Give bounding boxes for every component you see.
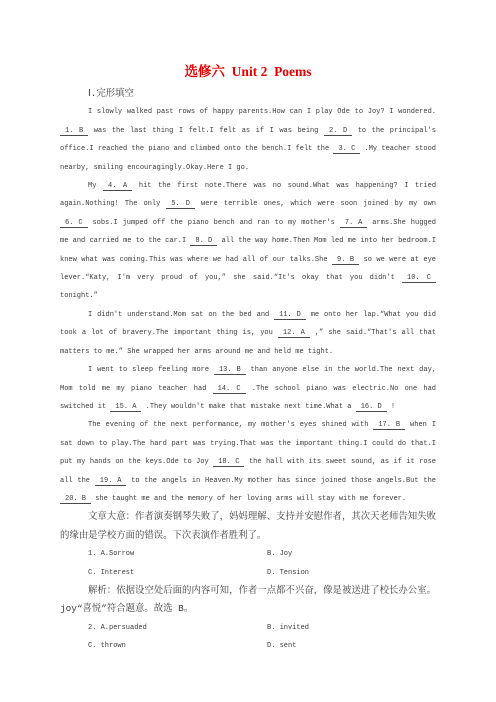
option-c: C. Interest <box>88 564 267 582</box>
answer-blank: 17. B <box>373 421 405 430</box>
answer-blank: 13. B <box>214 366 246 375</box>
answer-blank: 10. C <box>402 274 436 283</box>
option-d: D. Tension <box>267 564 436 582</box>
answer-blank: 16. D <box>356 403 387 412</box>
question-block-2: 2. A.persuaded B. invited C. thrown D. s… <box>60 619 436 656</box>
answer-blank: 3. C <box>333 145 360 154</box>
answer-blank: 11. D <box>274 311 306 320</box>
section-heading: Ⅰ.完形填空 <box>60 85 436 103</box>
answer-blank: 2. D <box>324 127 352 136</box>
document-content: 选修六 Unit 2 Poems Ⅰ.完形填空 I slowly walked … <box>60 62 436 656</box>
question-block-1: 1. A.Sorrow B. Joy C. Interest D. Tensio… <box>60 545 436 619</box>
passage-paragraph: The evening of the next performance, my … <box>60 416 436 508</box>
answer-blank: 18. C <box>213 458 244 467</box>
option-row: 1. A.Sorrow B. Joy <box>60 545 436 563</box>
option-a: 2. A.persuaded <box>88 619 267 637</box>
document-page: 选修六 Unit 2 Poems Ⅰ.完形填空 I slowly walked … <box>0 0 496 702</box>
page-title: 选修六 Unit 2 Poems <box>60 62 436 82</box>
answer-blank: 5. D <box>166 200 195 209</box>
answer-blank: 14. C <box>213 385 246 394</box>
option-row: 2. A.persuaded B. invited <box>60 619 436 637</box>
option-b: B. invited <box>267 619 436 637</box>
answer-blank: 6. C <box>60 219 88 228</box>
passage-paragraph: I didn't understand.Mom sat on the bed a… <box>60 306 436 361</box>
passage-paragraph: I slowly walked past rows of happy paren… <box>60 103 436 177</box>
answer-blank: 15. A <box>110 403 141 412</box>
option-a: 1. A.Sorrow <box>88 545 267 563</box>
answer-blank: 1. B <box>60 127 88 136</box>
answer-blank: 12. A <box>278 329 310 338</box>
answer-blank: 20. B <box>60 495 91 504</box>
answer-blank: 19. A <box>95 477 127 486</box>
option-row: C. thrown D. sent <box>60 637 436 655</box>
answer-blank: 7. A <box>340 219 368 228</box>
answer-blank: 8. D <box>190 237 217 246</box>
option-row: C. Interest D. Tension <box>60 564 436 582</box>
passage-summary: 文章大意：作者演奏钢琴失败了，妈妈理解、支持并安慰作者，其次天老师告知失败的缘由… <box>60 508 436 545</box>
option-b: B. Joy <box>267 545 436 563</box>
option-d: D. sent <box>267 637 436 655</box>
analysis-paragraph: 解析：依据设空处后面的内容可知，作者一点都不兴奋，像是被送进了校长办公室。joy… <box>60 582 436 619</box>
passage-paragraph: I went to sleep feeling more 13. B than … <box>60 361 436 416</box>
cloze-passage: I slowly walked past rows of happy paren… <box>60 103 436 508</box>
answer-blank: 9. B <box>332 256 359 265</box>
option-c: C. thrown <box>88 637 267 655</box>
passage-paragraph: My 4. A hit the first note.There was no … <box>60 177 436 306</box>
answer-blank: 4. A <box>103 182 132 191</box>
